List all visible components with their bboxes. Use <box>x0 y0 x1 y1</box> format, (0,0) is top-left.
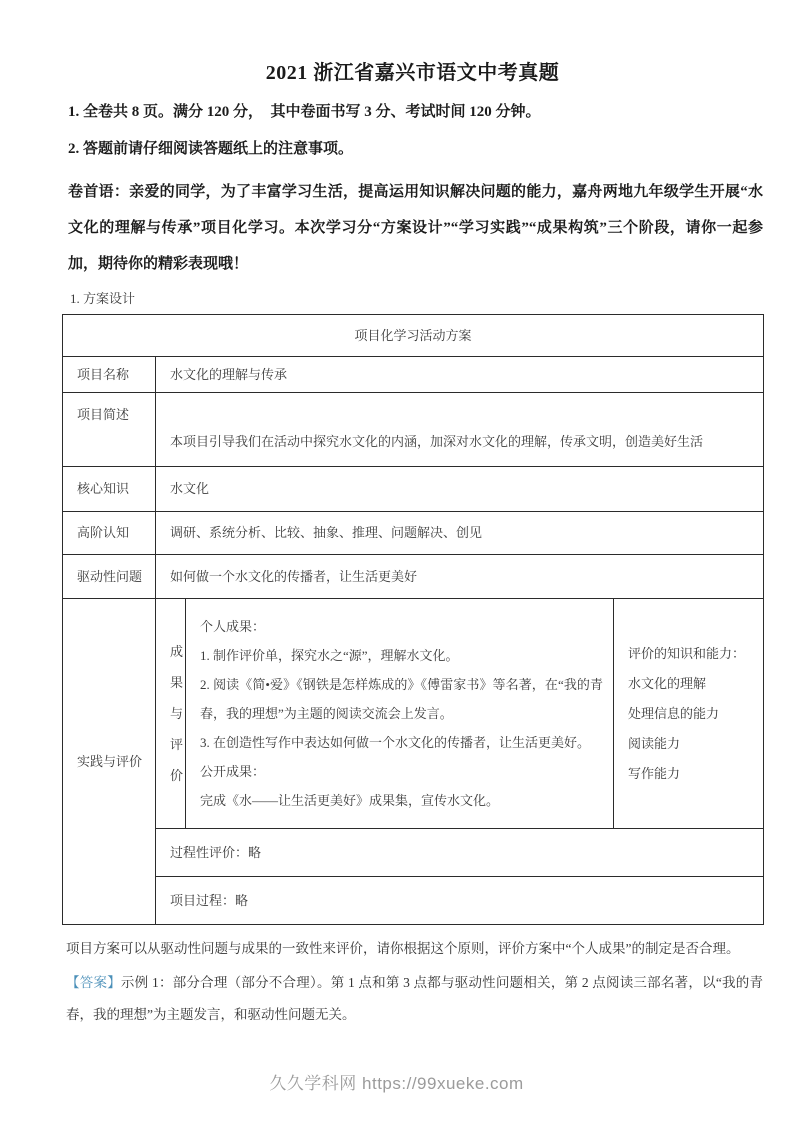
project-plan-table: 项目化学习活动方案 项目名称 水文化的理解与传承 项目简述 本项目引导我们在活动… <box>62 314 764 925</box>
row-value-project-name: 水文化的理解与传承 <box>156 357 764 393</box>
ability-line: 阅读能力 <box>628 729 753 759</box>
outcome-line: 公开成果： <box>200 757 603 786</box>
vertical-char: 与 <box>170 698 175 729</box>
row-label-core-knowledge: 核心知识 <box>63 467 156 512</box>
process-evaluation-cell: 过程性评价：略 <box>156 829 764 877</box>
ability-line: 处理信息的能力 <box>628 699 753 729</box>
answer-label: 【答案】 <box>66 975 121 990</box>
sub-label-outcome-evaluation: 成 果 与 评 价 <box>156 599 186 829</box>
outcome-line: 2. 阅读《简•爱》《钢铁是怎样炼成的》《傅雷家书》等名著，在“我的青春，我的理… <box>200 670 603 728</box>
outcome-line: 个人成果： <box>200 612 603 641</box>
ability-line: 水文化的理解 <box>628 669 753 699</box>
ability-line: 评价的知识和能力： <box>628 639 753 669</box>
ability-line: 写作能力 <box>628 759 753 789</box>
row-value-core-knowledge: 水文化 <box>156 467 764 512</box>
table-row: 项目名称 水文化的理解与传承 <box>63 357 764 393</box>
table-title-row: 项目化学习活动方案 <box>63 315 764 357</box>
table-title: 项目化学习活动方案 <box>63 315 764 357</box>
row-label-project-name: 项目名称 <box>63 357 156 393</box>
outcome-line: 1. 制作评价单，探究水之“源”，理解水文化。 <box>200 641 603 670</box>
row-label-driving-question: 驱动性问题 <box>63 555 156 599</box>
row-value-higher-cognition: 调研、系统分析、比较、抽象、推理、问题解决、创见 <box>156 512 764 555</box>
exam-note-1: 1. 全卷共 8 页。满分 120 分， 其中卷面书写 3 分、考试时间 120… <box>68 100 763 124</box>
answer-text: 示例 1：部分合理（部分不合理）。第 1 点和第 3 点都与驱动性问题相关，第 … <box>66 975 763 1022</box>
section-label-plan-design: 1. 方案设计 <box>70 290 763 308</box>
watermark-footer: 久久学科网 https://99xueke.com <box>0 1069 793 1094</box>
evaluated-abilities-cell: 评价的知识和能力： 水文化的理解 处理信息的能力 阅读能力 写作能力 <box>614 599 764 829</box>
vertical-char: 评 <box>170 729 175 760</box>
vertical-char: 价 <box>170 760 175 791</box>
table-row: 驱动性问题 如何做一个水文化的传播者，让生活更美好 <box>63 555 764 599</box>
row-label-higher-cognition: 高阶认知 <box>63 512 156 555</box>
exam-preamble: 卷首语：亲爱的同学，为了丰富学习生活，提高运用知识解决问题的能力，嘉舟两地九年级… <box>68 174 763 282</box>
table-row: 项目简述 本项目引导我们在活动中探究水文化的内涵，加深对水文化的理解，传承文明，… <box>63 393 764 467</box>
table-row: 核心知识 水文化 <box>63 467 764 512</box>
question-text: 项目方案可以从驱动性问题与成果的一致性来评价，请你根据这个原则，评价方案中“个人… <box>66 933 763 965</box>
exam-note-2: 2. 答题前请仔细阅读答题纸上的注意事项。 <box>68 137 763 161</box>
practice-evaluation-row: 实践与评价 成 果 与 评 价 个人成果： 1. 制作评价单，探究水之“源”，理… <box>63 599 764 829</box>
page-title: 2021 浙江省嘉兴市语文中考真题 <box>62 60 763 86</box>
outcome-line: 3. 在创造性写作中表达如何做一个水文化的传播者，让生活更美好。 <box>200 728 603 757</box>
answer-paragraph: 【答案】示例 1：部分合理（部分不合理）。第 1 点和第 3 点都与驱动性问题相… <box>66 967 763 1031</box>
vertical-char: 果 <box>170 667 175 698</box>
process-evaluation-row: 过程性评价：略 <box>63 829 764 877</box>
row-value-project-desc: 本项目引导我们在活动中探究水文化的内涵，加深对水文化的理解，传承文明，创造美好生… <box>156 393 764 467</box>
outcome-line: 完成《水——让生活更美好》成果集，宣传水文化。 <box>200 786 603 815</box>
row-value-driving-question: 如何做一个水文化的传播者，让生活更美好 <box>156 555 764 599</box>
document-page: 2021 浙江省嘉兴市语文中考真题 1. 全卷共 8 页。满分 120 分， 其… <box>0 0 793 1122</box>
vertical-char: 成 <box>170 636 175 667</box>
row-label-practice-evaluation: 实践与评价 <box>63 599 156 925</box>
personal-outcome-cell: 个人成果： 1. 制作评价单，探究水之“源”，理解水文化。 2. 阅读《简•爱》… <box>186 599 614 829</box>
table-row: 高阶认知 调研、系统分析、比较、抽象、推理、问题解决、创见 <box>63 512 764 555</box>
project-process-row: 项目过程：略 <box>63 877 764 925</box>
row-label-project-desc: 项目简述 <box>63 393 156 467</box>
project-process-cell: 项目过程：略 <box>156 877 764 925</box>
